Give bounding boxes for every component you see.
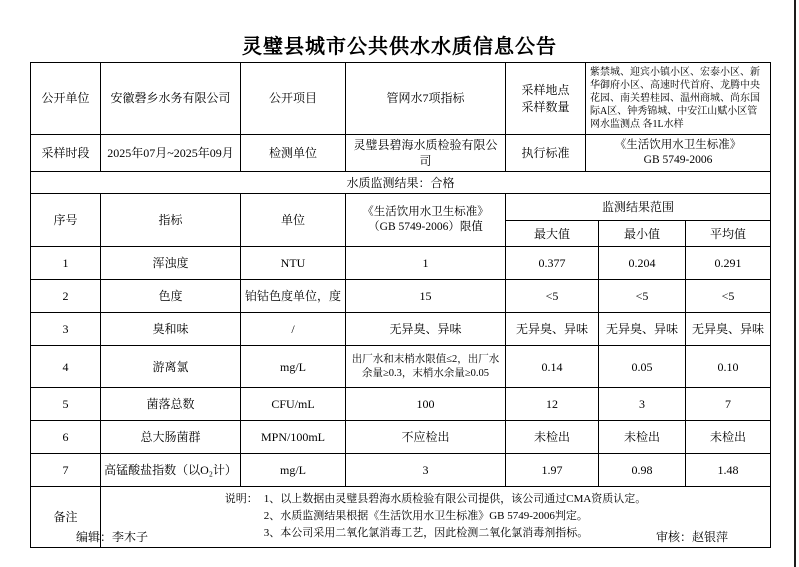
cell-max: 1.97 (506, 454, 599, 487)
cell-no: 7 (31, 454, 101, 487)
cell-avg: 1.48 (686, 454, 771, 487)
testing-unit-label: 检测单位 (241, 135, 346, 172)
sampling-period-label: 采样时段 (31, 135, 101, 172)
table-row: 4 游离氯 mg/L 出厂水和末梢水限值≤2，出厂水余量≥0.3，末梢水余量≥0… (31, 346, 771, 388)
cell-avg: 0.10 (686, 346, 771, 388)
table-row: 3 臭和味 / 无异臭、异味 无异臭、异味 无异臭、异味 无异臭、异味 (31, 313, 771, 346)
cell-avg: 7 (686, 388, 771, 421)
cell-min: 3 (599, 388, 686, 421)
cell-indicator: 色度 (101, 280, 241, 313)
cell-max: 12 (506, 388, 599, 421)
notice-tables: 公开单位 安徽磬乡水务有限公司 公开项目 管网水7项指标 采样地点 采样数量 紫… (30, 62, 770, 548)
cell-limit: 3 (346, 454, 506, 487)
cell-min: <5 (599, 280, 686, 313)
table-row: 6 总大肠菌群 MPN/100mL 不应检出 未检出 未检出 未检出 (31, 421, 771, 454)
table-row: 2 色度 铂钴色度单位，度 15 <5 <5 <5 (31, 280, 771, 313)
cell-limit: 15 (346, 280, 506, 313)
cell-limit: 出厂水和末梢水限值≤2，出厂水余量≥0.3，末梢水余量≥0.05 (346, 346, 506, 388)
cell-max: 0.377 (506, 247, 599, 280)
remark-item-1: 1、以上数据由灵璧县碧海水质检验有限公司提供，该公司通过CMA资质认定。 (264, 491, 647, 508)
standard-value-line1: 《生活饮用水卫生标准》 (589, 138, 767, 153)
table-row: 5 菌落总数 CFU/mL 100 12 3 7 (31, 388, 771, 421)
header-unit: 单位 (241, 194, 346, 247)
sampling-site-label-line1: 采样地点 (509, 82, 582, 98)
cell-indicator: 臭和味 (101, 313, 241, 346)
result-row: 水质监测结果：合格 (31, 172, 771, 194)
scan-edge-line (794, 0, 796, 567)
sampling-site-label: 采样地点 采样数量 (506, 63, 586, 135)
cell-limit: 1 (346, 247, 506, 280)
cell-max: 0.14 (506, 346, 599, 388)
cell-avg: 未检出 (686, 421, 771, 454)
cell-unit: NTU (241, 247, 346, 280)
cell-indicator: 浑浊度 (101, 247, 241, 280)
cell-unit: mg/L (241, 346, 346, 388)
remark-item-3: 3、本公司采用二氧化氯消毒工艺，因此检测二氧化氯消毒剂指标。 (264, 525, 647, 542)
cell-min: 0.05 (599, 346, 686, 388)
info-table: 公开单位 安徽磬乡水务有限公司 公开项目 管网水7项指标 采样地点 采样数量 紫… (30, 62, 771, 194)
footer-reviewer: 审核：赵银萍 (656, 528, 728, 545)
standard-label: 执行标准 (506, 135, 586, 172)
cell-max: <5 (506, 280, 599, 313)
testing-unit-value: 灵璧县碧海水质检验有限公司 (346, 135, 506, 172)
remark-items: 1、以上数据由灵璧县碧海水质检验有限公司提供，该公司通过CMA资质认定。 2、水… (264, 491, 647, 542)
cell-no: 3 (31, 313, 101, 346)
cell-min: 无异臭、异味 (599, 313, 686, 346)
open-project-value: 管网水7项指标 (346, 63, 506, 135)
header-limit: 《生活饮用水卫生标准》 （GB 5749-2006）限值 (346, 194, 506, 247)
cell-indicator: 菌落总数 (101, 388, 241, 421)
page-title: 灵璧县城市公共供水水质信息公告 (0, 30, 799, 59)
cell-unit: MPN/100mL (241, 421, 346, 454)
cell-min: 未检出 (599, 421, 686, 454)
table-row: 1 浑浊度 NTU 1 0.377 0.204 0.291 (31, 247, 771, 280)
cell-no: 5 (31, 388, 101, 421)
standard-value-line2: GB 5749-2006 (589, 153, 767, 168)
cell-avg: 无异臭、异味 (686, 313, 771, 346)
header-max: 最大值 (506, 221, 599, 247)
cell-unit: CFU/mL (241, 388, 346, 421)
footer-editor: 编辑：李木子 (76, 528, 148, 545)
cell-indicator: 总大肠菌群 (101, 421, 241, 454)
remark-item-2: 2、水质监测结果根据《生活饮用水卫生标准》GB 5749-2006判定。 (264, 508, 647, 525)
open-project-label: 公开项目 (241, 63, 346, 135)
sampling-site-value: 紫禁城、迎宾小镇小区、宏泰小区、新华御府小区、高速时代首府、龙腾中央花园、南关碧… (586, 63, 771, 135)
open-unit-value: 安徽磬乡水务有限公司 (101, 63, 241, 135)
header-range: 监测结果范围 (506, 194, 771, 221)
cell-no: 1 (31, 247, 101, 280)
data-table: 序号 指标 单位 《生活饮用水卫生标准》 （GB 5749-2006）限值 监测… (30, 193, 771, 547)
cell-min: 0.98 (599, 454, 686, 487)
cell-unit: mg/L (241, 454, 346, 487)
monitoring-result: 水质监测结果：合格 (31, 172, 771, 194)
cell-max: 无异臭、异味 (506, 313, 599, 346)
cell-avg: 0.291 (686, 247, 771, 280)
header-no: 序号 (31, 194, 101, 247)
header-indicator: 指标 (101, 194, 241, 247)
cell-indicator: 高锰酸盐指数（以O₂计） (101, 454, 241, 487)
cell-no: 2 (31, 280, 101, 313)
cell-no: 4 (31, 346, 101, 388)
cell-avg: <5 (686, 280, 771, 313)
cell-no: 6 (31, 421, 101, 454)
open-unit-label: 公开单位 (31, 63, 101, 135)
cell-limit: 无异臭、异味 (346, 313, 506, 346)
cell-unit: 铂钴色度单位，度 (241, 280, 346, 313)
notice-page: 灵璧县城市公共供水水质信息公告 公开单位 安徽磬乡水务有限公司 公开项目 管网水… (0, 0, 799, 567)
sampling-period-value: 2025年07月~2025年09月 (101, 135, 241, 172)
remark-note-label: 说明： (225, 491, 258, 542)
standard-value: 《生活饮用水卫生标准》 GB 5749-2006 (586, 135, 771, 172)
sampling-site-label-line2: 采样数量 (509, 99, 582, 115)
cell-unit: / (241, 313, 346, 346)
cell-limit: 不应检出 (346, 421, 506, 454)
cell-max: 未检出 (506, 421, 599, 454)
info-row-1: 公开单位 安徽磬乡水务有限公司 公开项目 管网水7项指标 采样地点 采样数量 紫… (31, 63, 771, 135)
cell-min: 0.204 (599, 247, 686, 280)
cell-indicator: 游离氯 (101, 346, 241, 388)
header-min: 最小值 (599, 221, 686, 247)
info-row-2: 采样时段 2025年07月~2025年09月 检测单位 灵璧县碧海水质检验有限公… (31, 135, 771, 172)
table-row: 7 高锰酸盐指数（以O₂计） mg/L 3 1.97 0.98 1.48 (31, 454, 771, 487)
cell-limit: 100 (346, 388, 506, 421)
header-row-1: 序号 指标 单位 《生活饮用水卫生标准》 （GB 5749-2006）限值 监测… (31, 194, 771, 221)
header-avg: 平均值 (686, 221, 771, 247)
